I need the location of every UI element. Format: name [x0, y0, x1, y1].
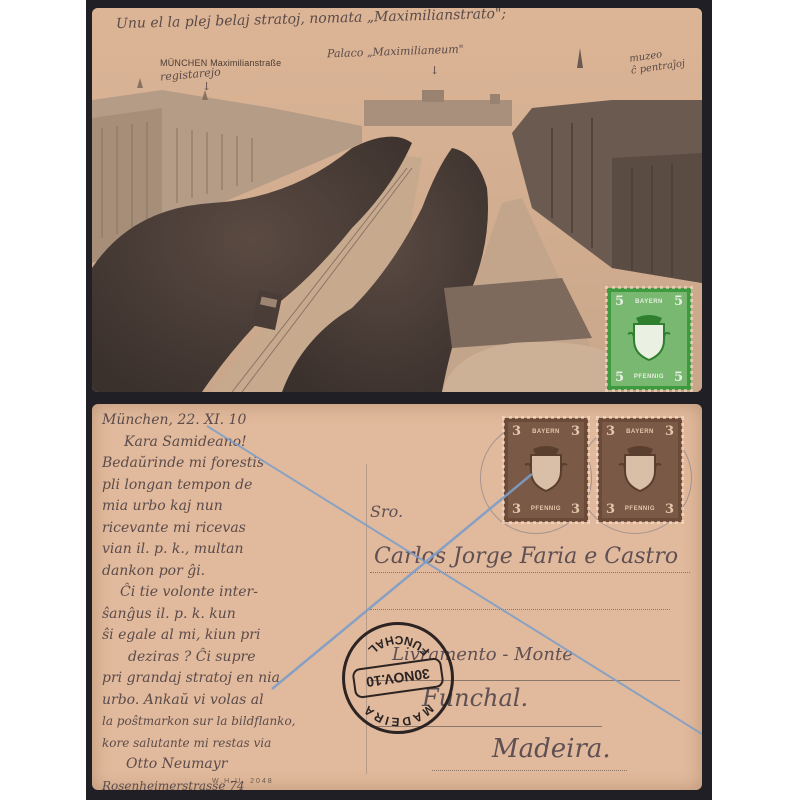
message-line: ŝanĝus il. p. k. kun	[102, 604, 372, 626]
message-line: ŝi egale al mi, kiun pri	[102, 625, 372, 647]
stamp-country: BAYERN	[602, 429, 678, 435]
svg-text:MADEIRA: MADEIRA	[360, 702, 437, 730]
postcard-back: München, 22. XI. 10 Kara Samideano! Beda…	[92, 404, 702, 790]
message-line: ricevante mi ricevas	[102, 518, 372, 540]
funchal-postmark: MADEIRA FUNCHAL 30NOV.10	[342, 622, 454, 734]
stamp-country: BAYERN	[508, 429, 584, 435]
message-line: Otto Neumayr	[102, 754, 372, 776]
message-line: kore salutante mi restas via	[102, 733, 372, 755]
postage-stamp-3-pfennig: 3 3 3 3 BAYERN PFENNIG	[504, 418, 588, 522]
stamp-country: BAYERN	[611, 299, 687, 305]
message-line: la poŝtmarkon sur la bildflanko,	[102, 711, 372, 733]
stamp-unit: PFENNIG	[611, 374, 687, 380]
address-region: Madeira.	[492, 734, 611, 764]
message-line: Kara Samideano!	[102, 432, 372, 454]
message-line: dankon por ĝi.	[102, 561, 372, 583]
arrow-down-icon: ↓	[202, 80, 211, 93]
message-line: vian il. p. k., multan	[102, 539, 372, 561]
arrow-down-icon: ↓	[430, 64, 439, 77]
message-line: Ĉi tie volonte inter-	[102, 582, 372, 604]
stamp-unit: PFENNIG	[602, 506, 678, 512]
postcard-front: MÜNCHEN Maximilianstraße Unu el la plej …	[92, 8, 702, 392]
message-line: mia urbo kaj nun	[102, 496, 372, 518]
svg-text:FUNCHAL: FUNCHAL	[364, 633, 432, 658]
printer-mark: W.H.U. 2048	[212, 778, 274, 785]
coat-of-arms-icon	[523, 445, 569, 495]
address-salutation: Sro.	[370, 502, 403, 521]
address-line	[432, 770, 627, 771]
coat-of-arms-icon	[626, 314, 672, 364]
handwritten-message: München, 22. XI. 10 Kara Samideano! Beda…	[102, 410, 372, 790]
address-recipient-name: Carlos Jorge Faria e Castro	[374, 544, 678, 569]
message-line: urbo. Ankaŭ vi volas al	[102, 690, 372, 712]
postage-stamp-5-pfennig: 5 5 5 5 BAYERN PFENNIG	[607, 288, 691, 390]
photo-caption: MÜNCHEN Maximilianstraße	[160, 58, 281, 68]
address-line	[370, 572, 690, 573]
postage-stamp-3-pfennig: 3 3 3 3 BAYERN PFENNIG	[598, 418, 682, 522]
address-line	[370, 609, 670, 610]
message-line: pri grandaj stratoj en nia	[102, 668, 372, 690]
message-line: Bedaŭrinde mi forestis	[102, 453, 372, 475]
stamp-unit: PFENNIG	[508, 506, 584, 512]
message-line: München, 22. XI. 10	[102, 410, 372, 432]
coat-of-arms-icon	[617, 445, 663, 495]
message-line: deziras ? Ĉi supre	[102, 647, 372, 669]
message-line: pli longan tempon de	[102, 475, 372, 497]
